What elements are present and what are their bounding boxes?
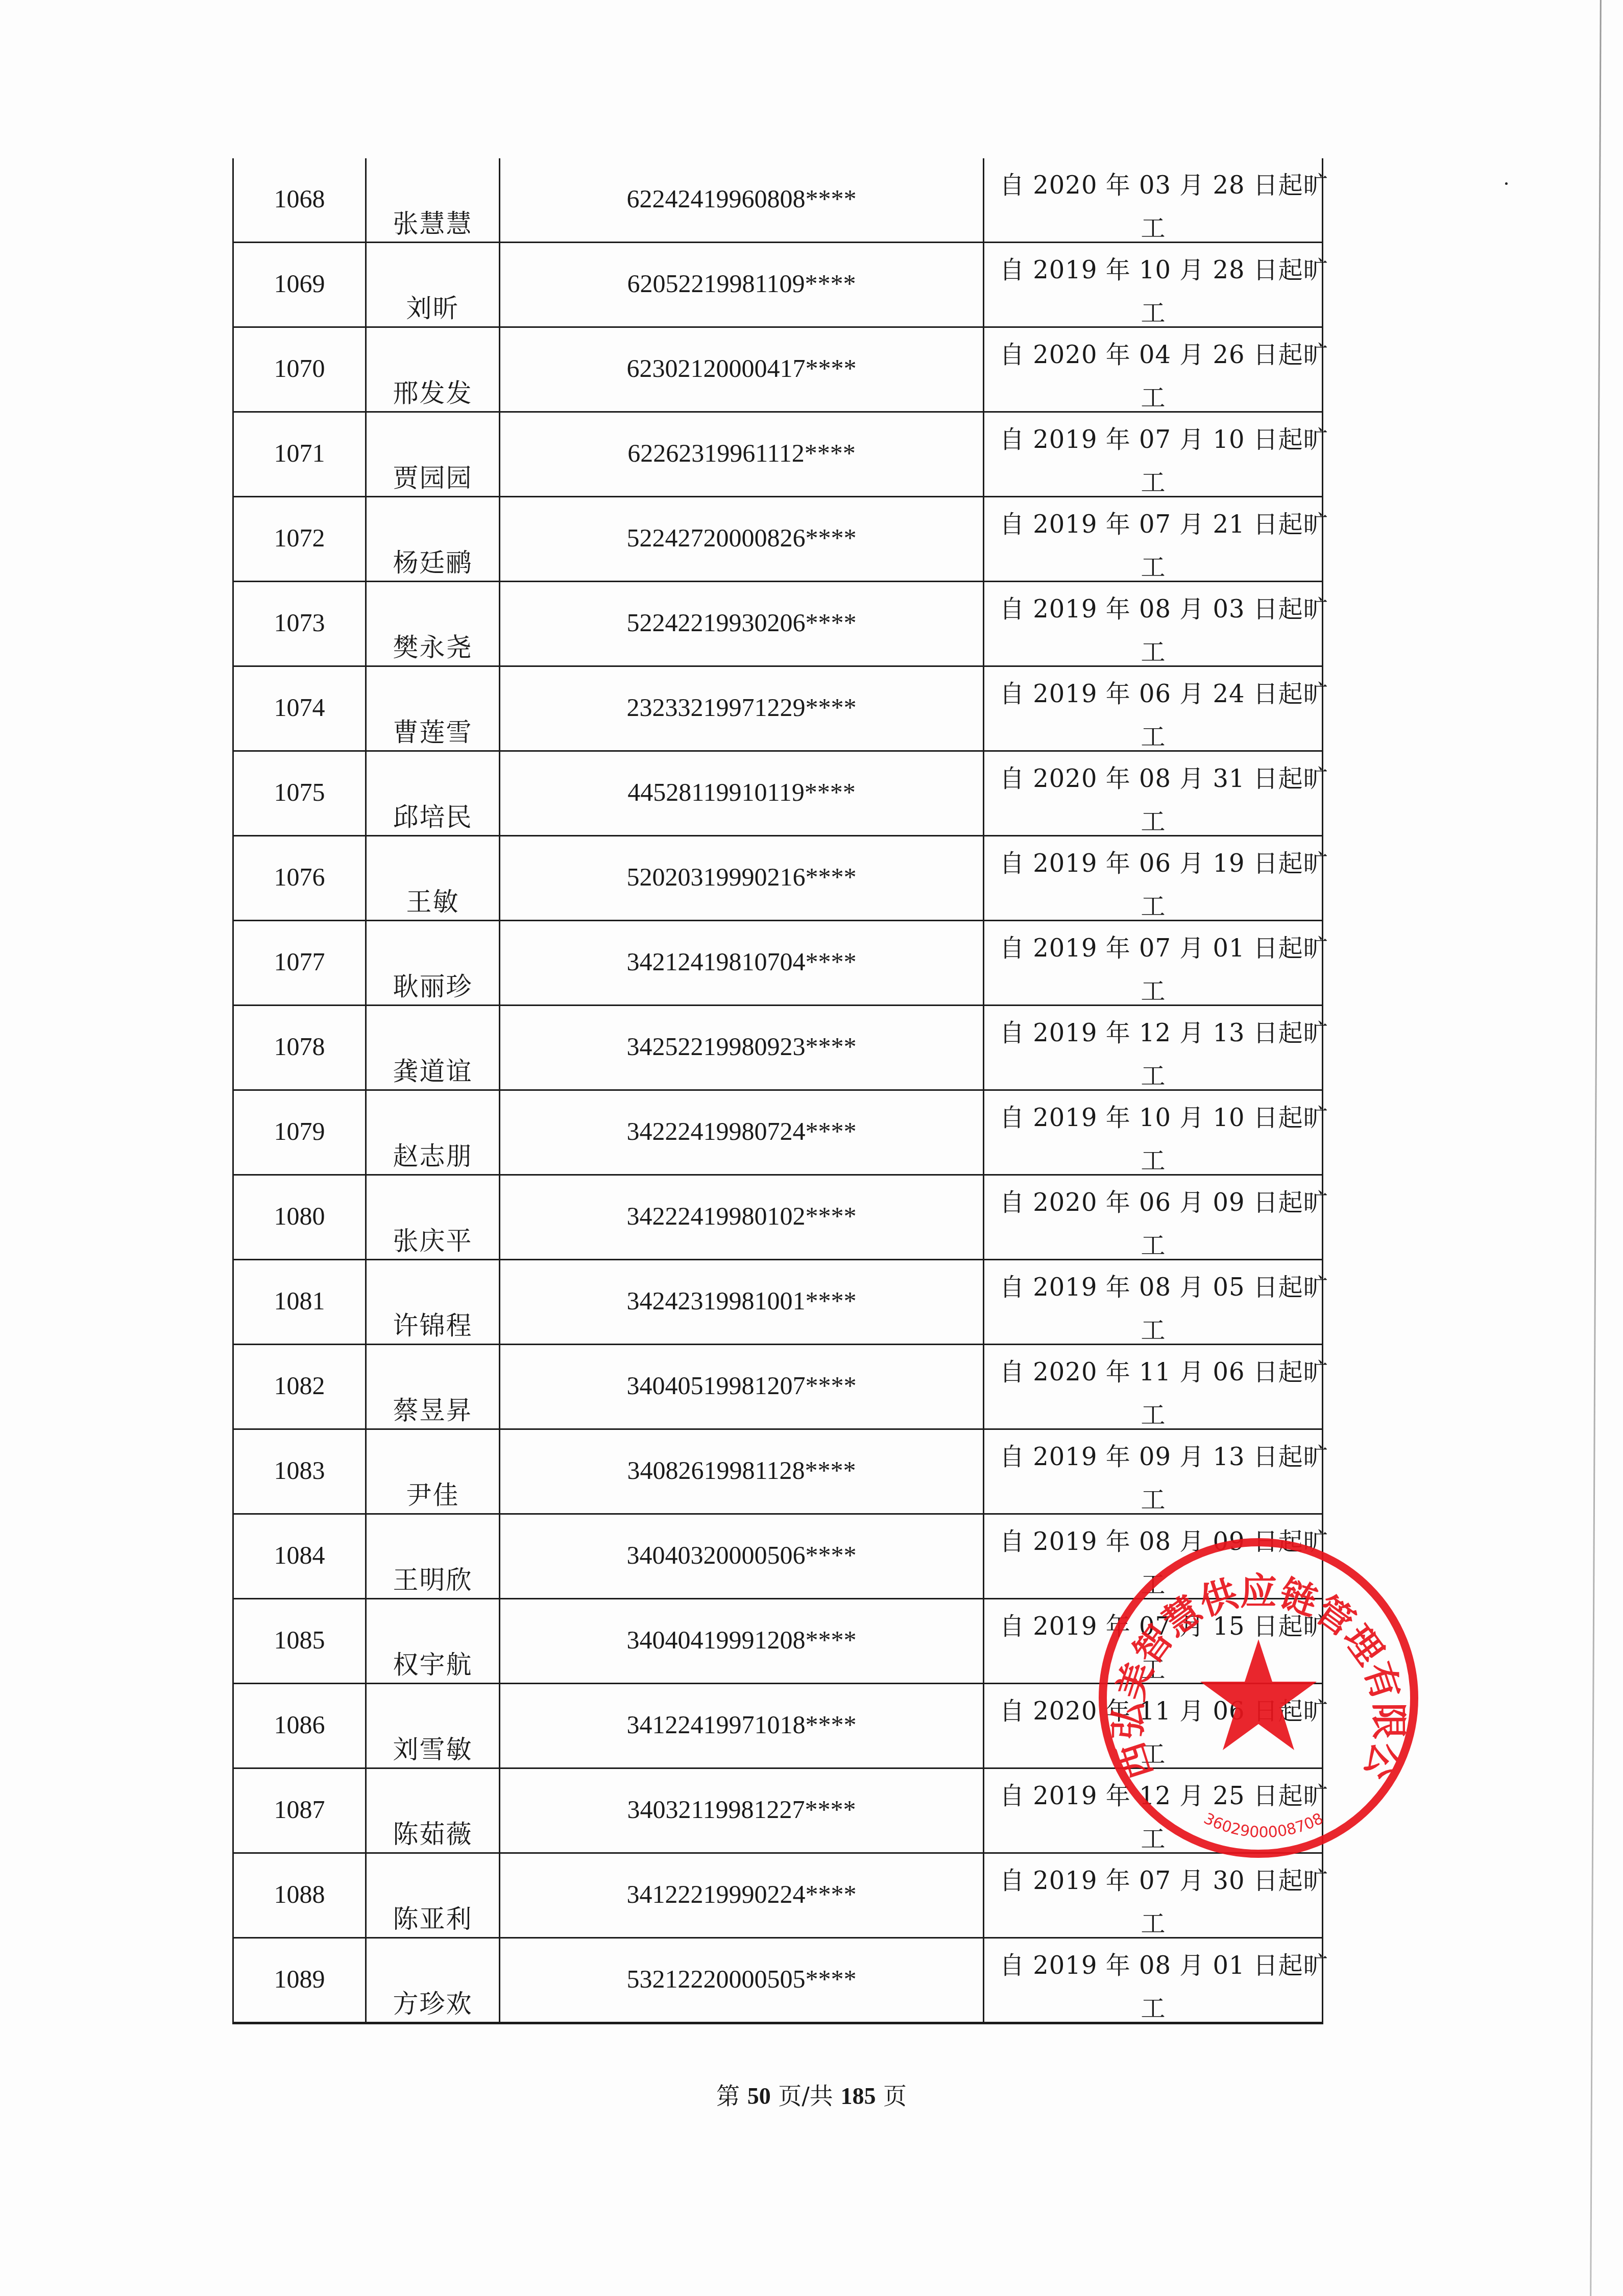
name-cell: 方珍欢 xyxy=(366,1938,500,2023)
absence-status-cell: 自 2019 年 06 月 19 日起旷 工 xyxy=(984,836,1323,921)
serial-number: 1070 xyxy=(234,353,365,383)
absence-status-line1: 自 2019 年 12 月 25 日起旷 xyxy=(1000,1776,1317,1811)
table-row: 1086 刘雪敏 34122419971018**** 自 2020 年 11 … xyxy=(233,1684,1323,1768)
person-name: 张慧慧 xyxy=(367,203,499,240)
person-name: 权宇航 xyxy=(367,1644,499,1681)
total-pages-number: 185 xyxy=(840,2083,876,2109)
person-name: 方珍欢 xyxy=(367,1983,499,2020)
table-row: 1070 邢发发 62302120000417**** 自 2020 年 04 … xyxy=(233,327,1323,412)
table-row: 1069 刘昕 62052219981109**** 自 2019 年 10 月… xyxy=(233,243,1323,327)
absence-status-line2: 工 xyxy=(984,1310,1322,1346)
serial-number: 1079 xyxy=(234,1116,365,1146)
id-number-cell: 34222419980102**** xyxy=(500,1175,984,1260)
name-cell: 王敏 xyxy=(366,836,500,921)
id-number: 62052219981109**** xyxy=(500,269,983,298)
absence-status-line2: 工 xyxy=(984,1989,1322,2024)
absence-status-cell: 自 2019 年 10 月 28 日起旷 工 xyxy=(984,243,1323,327)
table-row: 1088 陈亚利 34122219990224**** 自 2019 年 07 … xyxy=(233,1853,1323,1938)
serial-number: 1076 xyxy=(234,862,365,892)
person-name: 尹佳 xyxy=(367,1475,499,1512)
serial-number: 1081 xyxy=(234,1286,365,1316)
id-number-cell: 62262319961112**** xyxy=(500,412,984,497)
name-cell: 杨廷鹂 xyxy=(366,497,500,582)
name-cell: 龚道谊 xyxy=(366,1006,500,1090)
absence-status-line1: 自 2019 年 08 月 09 日起旷 xyxy=(1000,1522,1317,1557)
absence-status-cell: 自 2020 年 11 月 06 日起旷 工 xyxy=(984,1345,1323,1429)
table-row: 1072 杨廷鹂 52242720000826**** 自 2019 年 07 … xyxy=(233,497,1323,582)
person-name: 赵志朋 xyxy=(367,1136,499,1173)
absence-status-line1: 自 2020 年 11 月 06 日起旷 xyxy=(1000,1352,1317,1388)
absence-status-line1: 自 2020 年 08 月 31 日起旷 xyxy=(1000,759,1317,794)
id-number-cell: 62302120000417**** xyxy=(500,327,984,412)
id-number: 62302120000417**** xyxy=(500,353,983,383)
table-row: 1079 赵志朋 34222419980724**** 自 2019 年 10 … xyxy=(233,1090,1323,1175)
id-number-cell: 52020319990216**** xyxy=(500,836,984,921)
absence-status-line2: 工 xyxy=(984,1226,1322,1261)
serial-number-cell: 1068 xyxy=(233,158,366,243)
absence-status-line1: 自 2019 年 07 月 10 日起旷 xyxy=(1000,420,1317,455)
table-row: 1074 曹莲雪 23233219971229**** 自 2019 年 06 … xyxy=(233,666,1323,751)
absence-status-line1: 自 2019 年 07 月 01 日起旷 xyxy=(1000,928,1317,964)
id-number: 34122219990224**** xyxy=(500,1879,983,1909)
serial-number-cell: 1075 xyxy=(233,751,366,836)
person-name: 王敏 xyxy=(367,881,499,918)
name-cell: 耿丽珍 xyxy=(366,921,500,1006)
id-number: 34222419980724**** xyxy=(500,1116,983,1146)
id-number-cell: 62052219981109**** xyxy=(500,243,984,327)
name-cell: 王明欣 xyxy=(366,1514,500,1599)
person-name: 刘雪敏 xyxy=(367,1729,499,1766)
footer-suffix: 页 xyxy=(883,2082,907,2110)
id-number: 44528119910119**** xyxy=(500,777,983,807)
footer-middle: 页/共 xyxy=(778,2082,833,2110)
absence-status-line2: 工 xyxy=(984,1565,1322,1600)
table-row: 1081 许锦程 34242319981001**** 自 2019 年 08 … xyxy=(233,1260,1323,1345)
id-number: 62262319961112**** xyxy=(500,438,983,468)
person-name: 贾园园 xyxy=(367,458,499,494)
name-cell: 张庆平 xyxy=(366,1175,500,1260)
absence-status-cell: 自 2019 年 10 月 10 日起旷 工 xyxy=(984,1090,1323,1175)
absence-status-cell: 自 2019 年 07 月 30 日起旷 工 xyxy=(984,1853,1323,1938)
id-number: 34040320000506**** xyxy=(500,1540,983,1570)
id-number-cell: 34122419971018**** xyxy=(500,1684,984,1768)
name-cell: 刘昕 xyxy=(366,243,500,327)
absence-status-line2: 工 xyxy=(984,717,1322,752)
id-number-cell: 34040419991208**** xyxy=(500,1599,984,1684)
absence-status-line1: 自 2020 年 11 月 06 日起旷 xyxy=(1000,1691,1317,1727)
person-name: 张庆平 xyxy=(367,1221,499,1257)
serial-number: 1077 xyxy=(234,947,365,976)
person-name: 邢发发 xyxy=(367,373,499,410)
absence-status-line2: 工 xyxy=(984,547,1322,583)
absence-status-line1: 自 2019 年 06 月 19 日起旷 xyxy=(1000,844,1317,879)
serial-number-cell: 1077 xyxy=(233,921,366,1006)
id-number-cell: 34212419810704**** xyxy=(500,921,984,1006)
serial-number: 1084 xyxy=(234,1540,365,1570)
serial-number: 1087 xyxy=(234,1795,365,1824)
absence-status-cell: 自 2020 年 11 月 06 日起旷 工 xyxy=(984,1684,1323,1768)
id-number: 52242219930206**** xyxy=(500,608,983,637)
serial-number-cell: 1084 xyxy=(233,1514,366,1599)
id-number-cell: 52242219930206**** xyxy=(500,582,984,666)
table-row: 1068 张慧慧 62242419960808**** 自 2020 年 03 … xyxy=(233,158,1323,243)
serial-number: 1086 xyxy=(234,1710,365,1739)
absence-status-line2: 工 xyxy=(984,1649,1322,1685)
serial-number: 1072 xyxy=(234,523,365,553)
serial-number-cell: 1088 xyxy=(233,1853,366,1938)
absence-status-cell: 自 2019 年 12 月 13 日起旷 工 xyxy=(984,1006,1323,1090)
absence-status-cell: 自 2019 年 08 月 03 日起旷 工 xyxy=(984,582,1323,666)
serial-number: 1075 xyxy=(234,777,365,807)
serial-number: 1088 xyxy=(234,1879,365,1909)
id-number-cell: 34122219990224**** xyxy=(500,1853,984,1938)
absence-status-cell: 自 2019 年 07 月 10 日起旷 工 xyxy=(984,412,1323,497)
absence-status-cell: 自 2019 年 07 月 15 日起旷 工 xyxy=(984,1599,1323,1684)
name-cell: 贾园园 xyxy=(366,412,500,497)
id-number-cell: 53212220000505**** xyxy=(500,1938,984,2023)
absence-status-line1: 自 2019 年 07 月 30 日起旷 xyxy=(1000,1861,1317,1896)
serial-number: 1085 xyxy=(234,1625,365,1655)
serial-number-cell: 1081 xyxy=(233,1260,366,1345)
footer-prefix: 第 xyxy=(716,2082,740,2110)
table-row: 1084 王明欣 34040320000506**** 自 2019 年 08 … xyxy=(233,1514,1323,1599)
name-cell: 张慧慧 xyxy=(366,158,500,243)
serial-number: 1068 xyxy=(234,184,365,213)
id-number: 52020319990216**** xyxy=(500,862,983,892)
person-name: 刘昕 xyxy=(367,288,499,325)
id-number: 34040519981207**** xyxy=(500,1371,983,1400)
table-row: 1075 邱培民 44528119910119**** 自 2020 年 08 … xyxy=(233,751,1323,836)
absence-status-line2: 工 xyxy=(984,1141,1322,1176)
person-name: 陈亚利 xyxy=(367,1899,499,1935)
serial-number: 1074 xyxy=(234,692,365,722)
absence-status-cell: 自 2020 年 08 月 31 日起旷 工 xyxy=(984,751,1323,836)
serial-number-cell: 1082 xyxy=(233,1345,366,1429)
person-name: 耿丽珍 xyxy=(367,966,499,1003)
current-page-number: 50 xyxy=(747,2083,771,2109)
absence-status-cell: 自 2019 年 07 月 01 日起旷 工 xyxy=(984,921,1323,1006)
absence-status-line1: 自 2019 年 12 月 13 日起旷 xyxy=(1000,1013,1317,1048)
person-name: 龚道谊 xyxy=(367,1051,499,1088)
name-cell: 刘雪敏 xyxy=(366,1684,500,1768)
absence-status-cell: 自 2019 年 08 月 09 日起旷 工 xyxy=(984,1514,1323,1599)
absence-status-line2: 工 xyxy=(984,208,1322,244)
absence-status-cell: 自 2020 年 03 月 28 日起旷 工 xyxy=(984,158,1323,243)
table-row: 1083 尹佳 34082619981128**** 自 2019 年 09 月… xyxy=(233,1429,1323,1514)
serial-number-cell: 1071 xyxy=(233,412,366,497)
name-cell: 权宇航 xyxy=(366,1599,500,1684)
id-number: 34082619981128**** xyxy=(500,1455,983,1485)
name-cell: 邱培民 xyxy=(366,751,500,836)
absence-status-line2: 工 xyxy=(984,1904,1322,1939)
roster-table: 1068 张慧慧 62242419960808**** 自 2020 年 03 … xyxy=(232,158,1323,2024)
id-number: 34242319981001**** xyxy=(500,1286,983,1316)
absence-status-cell: 自 2019 年 08 月 01 日起旷 工 xyxy=(984,1938,1323,2023)
absence-status-line2: 工 xyxy=(984,378,1322,413)
id-number-cell: 34082619981128**** xyxy=(500,1429,984,1514)
serial-number-cell: 1072 xyxy=(233,497,366,582)
serial-number-cell: 1083 xyxy=(233,1429,366,1514)
table-row: 1087 陈茹薇 34032119981227**** 自 2019 年 12 … xyxy=(233,1768,1323,1853)
person-name: 曹莲雪 xyxy=(367,712,499,749)
name-cell: 蔡昱昇 xyxy=(366,1345,500,1429)
person-name: 樊永尧 xyxy=(367,627,499,664)
serial-number-cell: 1074 xyxy=(233,666,366,751)
person-name: 王明欣 xyxy=(367,1560,499,1596)
table-row: 1076 王敏 52020319990216**** 自 2019 年 06 月… xyxy=(233,836,1323,921)
absence-status-line1: 自 2019 年 09 月 13 日起旷 xyxy=(1000,1437,1317,1472)
id-number-cell: 44528119910119**** xyxy=(500,751,984,836)
table-row: 1077 耿丽珍 34212419810704**** 自 2019 年 07 … xyxy=(233,921,1323,1006)
name-cell: 陈茹薇 xyxy=(366,1768,500,1853)
serial-number-cell: 1078 xyxy=(233,1006,366,1090)
id-number: 52242720000826**** xyxy=(500,523,983,553)
serial-number-cell: 1069 xyxy=(233,243,366,327)
absence-status-line1: 自 2020 年 04 月 26 日起旷 xyxy=(1000,335,1317,370)
id-number: 53212220000505**** xyxy=(500,1964,983,1994)
absence-status-line2: 工 xyxy=(984,1480,1322,1515)
id-number: 34122419971018**** xyxy=(500,1710,983,1739)
serial-number-cell: 1076 xyxy=(233,836,366,921)
serial-number: 1071 xyxy=(234,438,365,468)
absence-status-line2: 工 xyxy=(984,293,1322,328)
absence-status-cell: 自 2019 年 09 月 13 日起旷 工 xyxy=(984,1429,1323,1514)
serial-number-cell: 1079 xyxy=(233,1090,366,1175)
serial-number: 1089 xyxy=(234,1964,365,1994)
id-number-cell: 34040519981207**** xyxy=(500,1345,984,1429)
person-name: 杨廷鹂 xyxy=(367,542,499,579)
serial-number-cell: 1086 xyxy=(233,1684,366,1768)
serial-number-cell: 1073 xyxy=(233,582,366,666)
absence-status-line2: 工 xyxy=(984,1734,1322,1769)
serial-number: 1083 xyxy=(234,1455,365,1485)
name-cell: 尹佳 xyxy=(366,1429,500,1514)
absence-status-line1: 自 2019 年 08 月 05 日起旷 xyxy=(1000,1267,1317,1303)
table-row: 1080 张庆平 34222419980102**** 自 2020 年 06 … xyxy=(233,1175,1323,1260)
absence-status-line2: 工 xyxy=(984,463,1322,498)
table-row: 1089 方珍欢 53212220000505**** 自 2019 年 08 … xyxy=(233,1938,1323,2023)
absence-status-cell: 自 2020 年 06 月 09 日起旷 工 xyxy=(984,1175,1323,1260)
serial-number: 1073 xyxy=(234,608,365,637)
serial-number-cell: 1085 xyxy=(233,1599,366,1684)
id-number-cell: 34040320000506**** xyxy=(500,1514,984,1599)
absence-status-line2: 工 xyxy=(984,1056,1322,1091)
name-cell: 陈亚利 xyxy=(366,1853,500,1938)
scan-page-edge xyxy=(1590,0,1602,2296)
absence-status-line1: 自 2019 年 07 月 21 日起旷 xyxy=(1000,505,1317,540)
serial-number-cell: 1089 xyxy=(233,1938,366,2023)
id-number-cell: 34032119981227**** xyxy=(500,1768,984,1853)
id-number: 34252219980923**** xyxy=(500,1032,983,1061)
name-cell: 邢发发 xyxy=(366,327,500,412)
id-number-cell: 23233219971229**** xyxy=(500,666,984,751)
id-number-cell: 52242720000826**** xyxy=(500,497,984,582)
serial-number: 1069 xyxy=(234,269,365,298)
absence-status-line2: 工 xyxy=(984,1819,1322,1854)
id-number-cell: 34222419980724**** xyxy=(500,1090,984,1175)
serial-number: 1078 xyxy=(234,1032,365,1061)
absence-status-line1: 自 2020 年 06 月 09 日起旷 xyxy=(1000,1183,1317,1218)
table-row: 1078 龚道谊 34252219980923**** 自 2019 年 12 … xyxy=(233,1006,1323,1090)
absence-status-cell: 自 2019 年 08 月 05 日起旷 工 xyxy=(984,1260,1323,1345)
id-number: 34222419980102**** xyxy=(500,1201,983,1231)
name-cell: 曹莲雪 xyxy=(366,666,500,751)
absence-status-line1: 自 2019 年 10 月 10 日起旷 xyxy=(1000,1098,1317,1133)
person-name: 许锦程 xyxy=(367,1305,499,1342)
serial-number: 1080 xyxy=(234,1201,365,1231)
absence-status-line1: 自 2019 年 06 月 24 日起旷 xyxy=(1000,674,1317,709)
serial-number-cell: 1080 xyxy=(233,1175,366,1260)
id-number: 34032119981227**** xyxy=(500,1795,983,1824)
table-row: 1071 贾园园 62262319961112**** 自 2019 年 07 … xyxy=(233,412,1323,497)
absence-status-cell: 自 2020 年 04 月 26 日起旷 工 xyxy=(984,327,1323,412)
absence-status-line2: 工 xyxy=(984,1395,1322,1430)
absence-status-line1: 自 2019 年 10 月 28 日起旷 xyxy=(1000,250,1317,285)
id-number: 62242419960808**** xyxy=(500,184,983,213)
id-number: 34040419991208**** xyxy=(500,1625,983,1655)
id-number-cell: 62242419960808**** xyxy=(500,158,984,243)
absence-status-line2: 工 xyxy=(984,887,1322,922)
absence-status-cell: 自 2019 年 07 月 21 日起旷 工 xyxy=(984,497,1323,582)
absence-status-line1: 自 2019 年 08 月 01 日起旷 xyxy=(1000,1946,1317,1981)
absence-status-line1: 自 2019 年 07 月 15 日起旷 xyxy=(1000,1607,1317,1642)
absence-status-line2: 工 xyxy=(984,971,1322,1007)
id-number: 23233219971229**** xyxy=(500,692,983,722)
name-cell: 樊永尧 xyxy=(366,582,500,666)
absence-status-line2: 工 xyxy=(984,802,1322,837)
absence-status-line1: 自 2019 年 08 月 03 日起旷 xyxy=(1000,589,1317,625)
serial-number-cell: 1070 xyxy=(233,327,366,412)
name-cell: 赵志朋 xyxy=(366,1090,500,1175)
absence-status-line2: 工 xyxy=(984,632,1322,667)
name-cell: 许锦程 xyxy=(366,1260,500,1345)
id-number: 34212419810704**** xyxy=(500,947,983,976)
page-footer: 第 50 页/共 185 页 xyxy=(0,2077,1623,2111)
person-name: 邱培民 xyxy=(367,797,499,833)
table-row: 1073 樊永尧 52242219930206**** 自 2019 年 08 … xyxy=(233,582,1323,666)
absence-status-line1: 自 2020 年 03 月 28 日起旷 xyxy=(1000,165,1317,201)
absence-status-cell: 自 2019 年 06 月 24 日起旷 工 xyxy=(984,666,1323,751)
id-number-cell: 34252219980923**** xyxy=(500,1006,984,1090)
serial-number-cell: 1087 xyxy=(233,1768,366,1853)
table-row: 1082 蔡昱昇 34040519981207**** 自 2020 年 11 … xyxy=(233,1345,1323,1429)
table-row: 1085 权宇航 34040419991208**** 自 2019 年 07 … xyxy=(233,1599,1323,1684)
id-number-cell: 34242319981001**** xyxy=(500,1260,984,1345)
person-name: 陈茹薇 xyxy=(367,1814,499,1851)
roster-body: 1068 张慧慧 62242419960808**** 自 2020 年 03 … xyxy=(233,158,1323,2023)
scan-speck xyxy=(1505,182,1508,185)
person-name: 蔡昱昇 xyxy=(367,1390,499,1427)
absence-status-cell: 自 2019 年 12 月 25 日起旷 工 xyxy=(984,1768,1323,1853)
serial-number: 1082 xyxy=(234,1371,365,1400)
